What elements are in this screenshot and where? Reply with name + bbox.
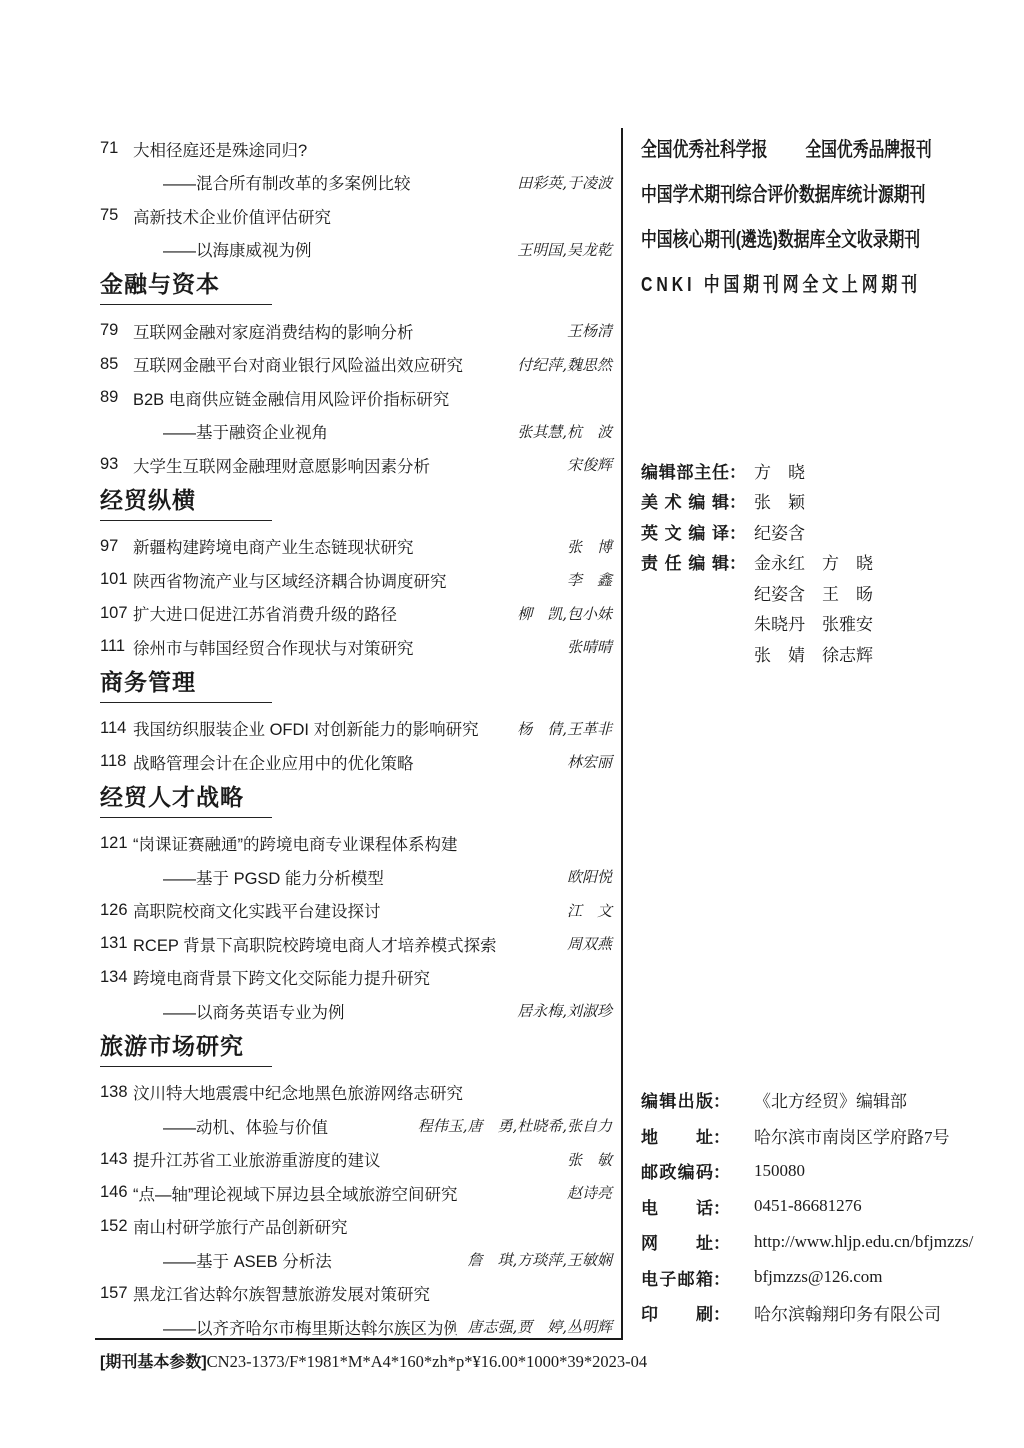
article-authors: 张 博 bbox=[557, 536, 612, 557]
honor-text: 中国核心期刊(遴选)数据库全文收录期刊 bbox=[641, 223, 920, 252]
article-subtitle: ——以商务英语专业为例 bbox=[163, 999, 345, 1023]
publishing-label: 地址 bbox=[641, 1123, 713, 1148]
article-title: 跨境电商背景下跨文化交际能力提升研究 bbox=[133, 965, 430, 989]
section-header: 旅游市场研究 bbox=[100, 1035, 612, 1067]
toc-entry: 138 汶川特大地震震中纪念地黑色旅游网络志研究 bbox=[100, 1076, 612, 1110]
toc-subtitle: ——动机、体验与价值 程伟玉,唐 勇,杜晓希,张自力 bbox=[100, 1109, 612, 1143]
page-number: 138 bbox=[100, 1083, 133, 1102]
article-title: 新疆构建跨境电商产业生态链现状研究 bbox=[133, 534, 414, 558]
page-number: 121 bbox=[100, 834, 133, 853]
staff-name: 张 婧 徐志辉 bbox=[754, 641, 873, 666]
toc-entry: 97 新疆构建跨境电商产业生态链现状研究 张 博 bbox=[100, 530, 612, 564]
staff-label: 责任编辑 bbox=[641, 549, 729, 574]
publishing-label: 邮政编码 bbox=[641, 1158, 713, 1183]
section-title: 旅游市场研究 bbox=[100, 1033, 244, 1059]
label-colon: ： bbox=[729, 458, 746, 483]
publishing-label: 电话 bbox=[641, 1194, 713, 1219]
page-number: 79 bbox=[100, 321, 133, 340]
honor-line: 全国优秀社科学报 全国优秀品牌报刊 bbox=[641, 125, 932, 170]
honor-text: 全国优秀品牌报刊 bbox=[805, 133, 931, 162]
toc-entry: 126 高职院校商文化实践平台建设探讨 江 文 bbox=[100, 894, 612, 928]
staff-row: 责任编辑： 金永红 方 晓 bbox=[641, 547, 873, 578]
footer-divider bbox=[95, 1338, 623, 1340]
article-subtitle: ——基于 ASEB 分析法 bbox=[163, 1248, 332, 1272]
toc-entry: 114 我国纺织服装企业 OFDI 对创新能力的影响研究 杨 倩,王革非 bbox=[100, 712, 612, 746]
toc-entry: 79 互联网金融对家庭消费结构的影响分析 王杨清 bbox=[100, 314, 612, 348]
publishing-row: 网址： http://www.hljp.edu.cn/bfjmzzs/ bbox=[641, 1224, 973, 1260]
toc-entry: 89 B2B 电商供应链金融信用风险评价指标研究 bbox=[100, 381, 612, 415]
section-title: 商务管理 bbox=[100, 669, 196, 695]
label-colon: ： bbox=[713, 1123, 730, 1148]
article-authors: 王明国,吴龙乾 bbox=[507, 239, 612, 260]
publishing-value: 0451-86681276 bbox=[754, 1196, 862, 1216]
staff-name: 方 晓 bbox=[754, 458, 805, 483]
staff-row: 英文编译： 纪姿含 bbox=[641, 516, 873, 547]
publishing-label: 印刷 bbox=[641, 1300, 713, 1325]
honor-line: CNKI 中国期刊网全文上网期刊 bbox=[641, 260, 932, 305]
label-colon: ： bbox=[729, 549, 746, 574]
toc-subtitle: ——基于融资企业视角 张其慧,杭 波 bbox=[100, 415, 612, 449]
article-title: 大相径庭还是殊途同归? bbox=[133, 137, 307, 161]
toc-entry: 101 陕西省物流产业与区域经济耦合协调度研究 李 鑫 bbox=[100, 563, 612, 597]
publishing-value: 《北方经贸》编辑部 bbox=[754, 1087, 907, 1112]
label-colon: ： bbox=[729, 519, 746, 544]
editorial-staff: 编辑部主任： 方 晓 美术编辑： 张 颖 英文编译： 纪姿含 责任编辑： 金永红… bbox=[641, 455, 873, 669]
page-number: 157 bbox=[100, 1284, 133, 1303]
article-subtitle: ——以海康威视为例 bbox=[163, 237, 312, 261]
staff-name: 张 颖 bbox=[754, 488, 805, 513]
label-colon: ： bbox=[713, 1087, 730, 1112]
publishing-row: 地址： 哈尔滨市南岗区学府路7号 bbox=[641, 1118, 973, 1154]
honor-text: CNKI 中国期刊网全文上网期刊 bbox=[641, 268, 921, 297]
journal-honors: 全国优秀社科学报 全国优秀品牌报刊 中国学术期刊综合评价数据库统计源期刊 中国核… bbox=[641, 125, 932, 305]
label-colon: ： bbox=[713, 1300, 730, 1325]
article-authors: 江 文 bbox=[557, 900, 612, 921]
staff-label: 美术编辑 bbox=[641, 488, 729, 513]
article-title: “岗课证赛融通”的跨境电商专业课程体系构建 bbox=[133, 831, 458, 855]
staff-name: 纪姿含 王 旸 bbox=[754, 580, 873, 605]
page-number: 71 bbox=[100, 139, 133, 158]
article-title: 扩大进口促进江苏省消费升级的路径 bbox=[133, 601, 397, 625]
publishing-value: 150080 bbox=[754, 1161, 805, 1181]
page-number: 126 bbox=[100, 901, 133, 920]
publishing-row: 印刷： 哈尔滨翰翔印务有限公司 bbox=[641, 1295, 973, 1331]
article-authors: 唐志强,贾 婷,丛明辉 bbox=[457, 1316, 612, 1337]
page-number: 93 bbox=[100, 455, 133, 474]
publishing-value: 哈尔滨翰翔印务有限公司 bbox=[754, 1300, 941, 1325]
label-colon: ： bbox=[713, 1265, 730, 1290]
toc-subtitle: ——基于 ASEB 分析法 詹 琪,方琰萍,王敏娴 bbox=[100, 1243, 612, 1277]
publishing-row: 邮政编码： 150080 bbox=[641, 1153, 973, 1189]
article-authors: 张 敏 bbox=[557, 1149, 612, 1170]
toc-entry: 118 战略管理会计在企业应用中的优化策略 林宏丽 bbox=[100, 745, 612, 779]
publishing-label: 电子邮箱 bbox=[641, 1265, 713, 1290]
article-title: 提升江苏省工业旅游重游度的建议 bbox=[133, 1147, 381, 1171]
toc-subtitle: ——以海康威视为例 王明国,吴龙乾 bbox=[100, 233, 612, 267]
toc-entry: 121 “岗课证赛融通”的跨境电商专业课程体系构建 bbox=[100, 827, 612, 861]
toc-entry: 143 提升江苏省工业旅游重游度的建议 张 敏 bbox=[100, 1143, 612, 1177]
article-authors: 柳 凯,包小妹 bbox=[507, 603, 612, 624]
toc-entry: 131 RCEP 背景下高职院校跨境电商人才培养模式探索 周双燕 bbox=[100, 927, 612, 961]
page-number: 97 bbox=[100, 537, 133, 556]
toc-entry: 146 “点—轴”理论视域下屏边县全域旅游空间研究 赵诗亮 bbox=[100, 1176, 612, 1210]
staff-row: 美术编辑： 张 颖 bbox=[641, 486, 873, 517]
article-title: 黑龙江省达斡尔族智慧旅游发展对策研究 bbox=[133, 1281, 430, 1305]
toc-entry: 71 大相径庭还是殊途同归? bbox=[100, 132, 612, 166]
article-authors: 宋俊辉 bbox=[557, 454, 612, 475]
article-authors: 居永梅,刘淑珍 bbox=[507, 1000, 612, 1021]
article-title: 互联网金融对家庭消费结构的影响分析 bbox=[133, 319, 414, 343]
toc-entry: 107 扩大进口促进江苏省消费升级的路径 柳 凯,包小妹 bbox=[100, 597, 612, 631]
article-title: “点—轴”理论视域下屏边县全域旅游空间研究 bbox=[133, 1181, 458, 1205]
publishing-row: 电子邮箱： bfjmzzs@126.com bbox=[641, 1260, 973, 1296]
article-title: RCEP 背景下高职院校跨境电商人才培养模式探索 bbox=[133, 932, 497, 956]
article-authors: 周双燕 bbox=[557, 933, 612, 954]
article-title: 高职院校商文化实践平台建设探讨 bbox=[133, 898, 381, 922]
basic-parameters-value: CN23-1373/F*1981*M*A4*160*zh*p*¥16.00*10… bbox=[207, 1352, 647, 1371]
article-title: 战略管理会计在企业应用中的优化策略 bbox=[133, 750, 414, 774]
page-number: 111 bbox=[100, 637, 133, 656]
publishing-info: 编辑出版： 《北方经贸》编辑部 地址： 哈尔滨市南岗区学府路7号 邮政编码： 1… bbox=[641, 1082, 973, 1331]
page-number: 85 bbox=[100, 355, 133, 374]
article-title: 高新技术企业价值评估研究 bbox=[133, 204, 331, 228]
article-title: 大学生互联网金融理财意愿影响因素分析 bbox=[133, 453, 430, 477]
page-number: 101 bbox=[100, 570, 133, 589]
label-colon: ： bbox=[713, 1194, 730, 1219]
publishing-label: 网址 bbox=[641, 1229, 713, 1254]
page-number: 152 bbox=[100, 1217, 133, 1236]
article-authors: 张其慧,杭 波 bbox=[507, 421, 612, 442]
article-title: 南山村研学旅行产品创新研究 bbox=[133, 1214, 348, 1238]
staff-row-continuation: 纪姿含 王 旸 bbox=[641, 577, 873, 608]
section-title: 经贸人才战略 bbox=[100, 784, 244, 810]
article-authors: 程伟玉,唐 勇,杜晓希,张自力 bbox=[408, 1115, 612, 1136]
article-authors: 李 鑫 bbox=[557, 569, 612, 590]
article-subtitle: ——基于 PGSD 能力分析模型 bbox=[163, 865, 384, 889]
page-number: 107 bbox=[100, 604, 133, 623]
staff-name: 纪姿含 bbox=[754, 519, 805, 544]
article-title: 我国纺织服装企业 OFDI 对创新能力的影响研究 bbox=[133, 716, 479, 740]
article-authors: 林宏丽 bbox=[557, 751, 612, 772]
journal-basic-parameters: [期刊基本参数]CN23-1373/F*1981*M*A4*160*zh*p*¥… bbox=[100, 1349, 647, 1372]
toc-subtitle: ——混合所有制改革的多案例比较 田彩英,于凌波 bbox=[100, 166, 612, 200]
toc-entry: 75 高新技术企业价值评估研究 bbox=[100, 199, 612, 233]
honor-line: 中国学术期刊综合评价数据库统计源期刊 bbox=[641, 170, 932, 215]
honor-line: 中国核心期刊(遴选)数据库全文收录期刊 bbox=[641, 215, 932, 260]
label-colon: ： bbox=[729, 488, 746, 513]
toc-entry: 134 跨境电商背景下跨文化交际能力提升研究 bbox=[100, 961, 612, 995]
toc-subtitle: ——基于 PGSD 能力分析模型 欧阳悦 bbox=[100, 860, 612, 894]
staff-row: 编辑部主任： 方 晓 bbox=[641, 455, 873, 486]
page-number: 143 bbox=[100, 1150, 133, 1169]
honor-text: 中国学术期刊综合评价数据库统计源期刊 bbox=[641, 178, 925, 207]
article-authors: 田彩英,于凌波 bbox=[507, 172, 612, 193]
page-number: 146 bbox=[100, 1183, 133, 1202]
basic-parameters-label: [期刊基本参数] bbox=[100, 1354, 207, 1371]
section-header: 金融与资本 bbox=[100, 273, 612, 305]
toc-entry: 111 徐州市与韩国经贸合作现状与对策研究 张晴晴 bbox=[100, 630, 612, 664]
article-authors: 欧阳悦 bbox=[557, 866, 612, 887]
section-header: 经贸纵横 bbox=[100, 489, 612, 521]
label-colon: ： bbox=[713, 1158, 730, 1183]
page-number: 134 bbox=[100, 968, 133, 987]
staff-row-continuation: 张 婧 徐志辉 bbox=[641, 638, 873, 669]
article-authors: 詹 琪,方琰萍,王敏娴 bbox=[457, 1249, 612, 1270]
staff-name: 金永红 方 晓 bbox=[754, 549, 873, 574]
publishing-value: 哈尔滨市南岗区学府路7号 bbox=[754, 1123, 950, 1148]
page-number: 89 bbox=[100, 388, 133, 407]
toc-entry: 85 互联网金融平台对商业银行风险溢出效应研究 付纪萍,魏思然 bbox=[100, 348, 612, 382]
toc-column: 71 大相径庭还是殊途同归? ——混合所有制改革的多案例比较 田彩英,于凌波 7… bbox=[100, 132, 612, 1344]
page-number: 118 bbox=[100, 752, 133, 771]
article-authors: 赵诗亮 bbox=[557, 1182, 612, 1203]
staff-label: 英文编译 bbox=[641, 519, 729, 544]
staff-name: 朱晓丹 张雅安 bbox=[754, 610, 873, 635]
publishing-value email-address: bfjmzzs@126.com bbox=[754, 1267, 883, 1287]
article-title: 徐州市与韩国经贸合作现状与对策研究 bbox=[133, 635, 414, 659]
toc-entry: 93 大学生互联网金融理财意愿影响因素分析 宋俊辉 bbox=[100, 448, 612, 482]
article-title: 汶川特大地震震中纪念地黑色旅游网络志研究 bbox=[133, 1080, 463, 1104]
page-number: 131 bbox=[100, 934, 133, 953]
staff-label: 编辑部主任 bbox=[641, 458, 729, 483]
section-header: 经贸人才战略 bbox=[100, 786, 612, 818]
honor-text: 全国优秀社科学报 bbox=[641, 133, 767, 162]
toc-entry: 157 黑龙江省达斡尔族智慧旅游发展对策研究 bbox=[100, 1277, 612, 1311]
publishing-label: 编辑出版 bbox=[641, 1087, 713, 1112]
article-title: 互联网金融平台对商业银行风险溢出效应研究 bbox=[133, 352, 463, 376]
section-title: 金融与资本 bbox=[100, 271, 220, 297]
page-number: 114 bbox=[100, 719, 133, 738]
article-subtitle: ——动机、体验与价值 bbox=[163, 1114, 328, 1138]
article-subtitle: ——基于融资企业视角 bbox=[163, 419, 328, 443]
article-authors: 杨 倩,王革非 bbox=[507, 718, 612, 739]
article-authors: 付纪萍,魏思然 bbox=[507, 354, 612, 375]
toc-entry: 152 南山村研学旅行产品创新研究 bbox=[100, 1210, 612, 1244]
publishing-row: 电话： 0451-86681276 bbox=[641, 1189, 973, 1225]
article-authors: 张晴晴 bbox=[557, 636, 612, 657]
article-title: B2B 电商供应链金融信用风险评价指标研究 bbox=[133, 386, 449, 410]
toc-subtitle: ——以商务英语专业为例 居永梅,刘淑珍 bbox=[100, 994, 612, 1028]
publishing-row: 编辑出版： 《北方经贸》编辑部 bbox=[641, 1082, 973, 1118]
section-title: 经贸纵横 bbox=[100, 487, 196, 513]
article-subtitle: ——以齐齐哈尔市梅里斯达斡尔族区为例 bbox=[163, 1315, 457, 1339]
section-header: 商务管理 bbox=[100, 671, 612, 703]
journal-toc-page: { "ui": { "colon": "：", "dash": "——" }, … bbox=[0, 0, 1024, 1448]
article-subtitle: ——混合所有制改革的多案例比较 bbox=[163, 170, 411, 194]
column-divider bbox=[621, 128, 623, 1340]
article-authors: 王杨清 bbox=[557, 320, 612, 341]
page-number: 75 bbox=[100, 206, 133, 225]
label-colon: ： bbox=[713, 1229, 730, 1254]
publishing-value website-url: http://www.hljp.edu.cn/bfjmzzs/ bbox=[754, 1232, 973, 1252]
article-title: 陕西省物流产业与区域经济耦合协调度研究 bbox=[133, 568, 447, 592]
staff-row-continuation: 朱晓丹 张雅安 bbox=[641, 608, 873, 639]
